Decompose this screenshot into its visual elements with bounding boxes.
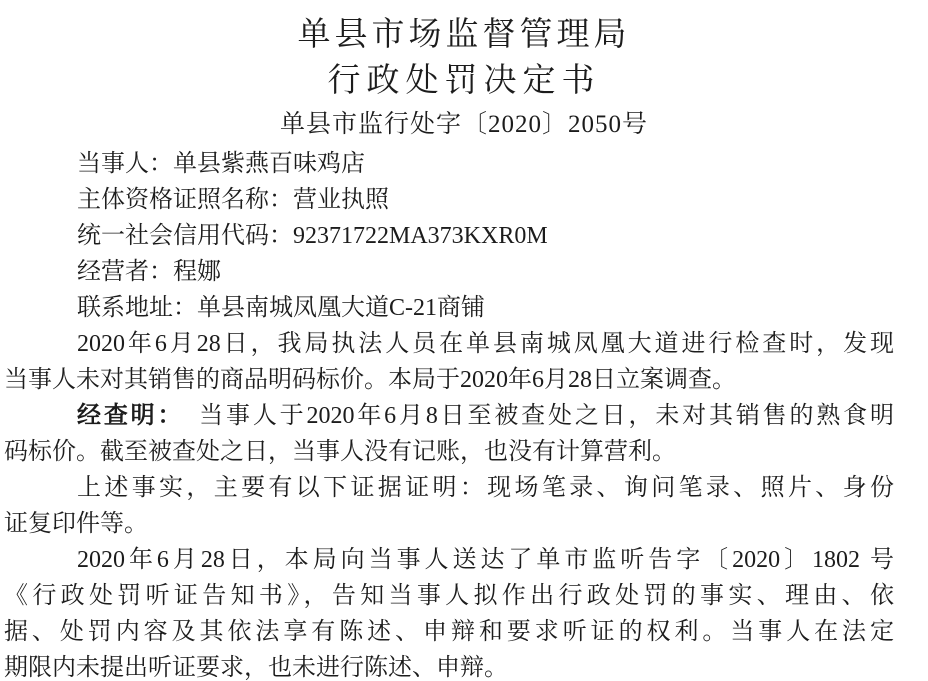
document-header: 单县市场监督管理局 行政处罚决定书 单县市监行处字〔2020〕2050号 <box>0 0 928 146</box>
notice-line-3: 据、处罚内容及其依法享有陈述、申辩和要求听证的权利。当事人在法定 <box>4 614 894 650</box>
evidence-line-2: 证复印件等。 <box>4 506 894 542</box>
findings-text: 当事人于2020年6月8日至被查处之日，未对其销售的熟食明 <box>172 403 894 429</box>
findings-label: 经查明： <box>77 403 172 429</box>
party-name-line: 当事人：单县紫燕百味鸡店 <box>4 146 894 182</box>
credit-code-line: 统一社会信用代码：92371722MA373KXR0M <box>4 218 894 254</box>
case-intro-line-1: 2020年6月28日，我局执法人员在单县南城凤凰大道进行检查时，发现 <box>4 326 894 362</box>
address-line: 联系地址：单县南城凤凰大道C-21商铺 <box>4 290 894 326</box>
notice-line-1: 2020年6月28日，本局向当事人送达了单市监听告字〔2020〕1802 号 <box>4 542 894 578</box>
notice-line-2: 《行政处罚听证告知书》，告知当事人拟作出行政处罚的事实、理由、依 <box>4 578 894 614</box>
license-type-line: 主体资格证照名称：营业执照 <box>4 182 894 218</box>
notice-line-4: 期限内未提出听证要求，也未进行陈述、申辩。 <box>4 650 894 681</box>
operator-line: 经营者：程娜 <box>4 254 894 290</box>
agency-title: 单县市场监督管理局 <box>0 12 928 58</box>
document-type-title: 行政处罚决定书 <box>0 58 928 104</box>
findings-line-2: 码标价。截至被查处之日，当事人没有记账，也没有计算营利。 <box>4 434 894 470</box>
document-number: 单县市监行处字〔2020〕2050号 <box>0 104 928 146</box>
penalty-decision-document: 单县市场监督管理局 行政处罚决定书 单县市监行处字〔2020〕2050号 当事人… <box>0 0 928 681</box>
case-intro-line-2: 当事人未对其销售的商品明码标价。本局于2020年6月28日立案调查。 <box>4 362 894 398</box>
findings-line-1: 经查明： 当事人于2020年6月8日至被查处之日，未对其销售的熟食明 <box>4 398 894 434</box>
evidence-line-1: 上述事实，主要有以下证据证明：现场笔录、询问笔录、照片、身份 <box>4 470 894 506</box>
document-body: 当事人：单县紫燕百味鸡店 主体资格证照名称：营业执照 统一社会信用代码：9237… <box>0 146 928 681</box>
